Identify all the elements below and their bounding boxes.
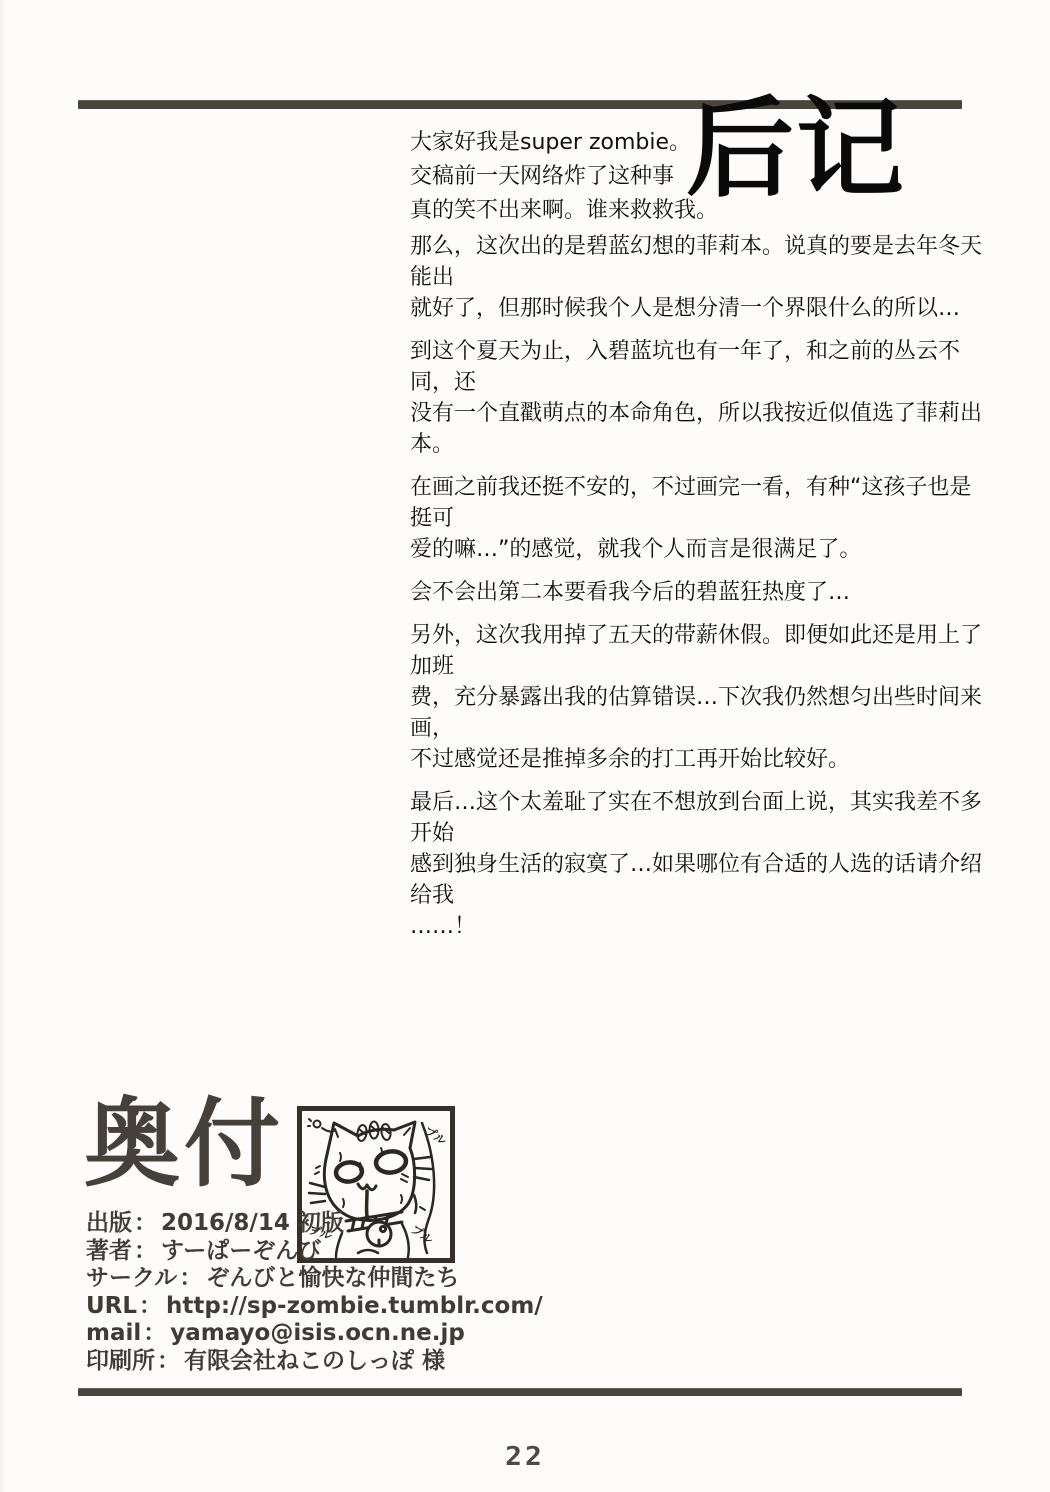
afterword-paragraph: 另外，这次我用掉了五天的带薪休假。即便如此还是用上了加班 费，充分暴露出我的估算… [410,620,982,775]
sweat-fly-icon [308,1119,334,1132]
page-number: 22 [0,1441,1050,1471]
colophon-value: 有限会社ねこのしっぽ 様 [184,1348,445,1374]
colophon-entries: 出版：2016/8/14 初版 著者：すーぱーぞんび サークル：ぞんびと愉快な仲… [86,1210,543,1375]
afterword-paragraph: 最后…这个太羞耻了实在不想放到台面上说，其实我差不多开始 感到独身生活的寂寞了…… [410,787,982,942]
afterword-body: 那么，这次出的是碧蓝幻想的菲莉本。说真的要是去年冬天能出 就好了，但那时候我个人… [410,231,982,954]
colophon-separator: ： [137,1293,166,1319]
sfx-puru: プル [421,1123,450,1149]
colophon-value: すーぱーぞんび [161,1238,321,1264]
sweat-drops [340,1148,402,1207]
colophon-separator: ： [132,1238,161,1264]
colophon-value: ぞんびと愉快な仲間たち [206,1265,459,1291]
colophon-label: URL [86,1293,137,1319]
colophon-entry-url: URL：http://sp-zombie.tumblr.com/ [86,1293,543,1321]
colophon-title: 奥付 [84,1096,284,1192]
afterword-title: 后记 [686,96,906,204]
cat-eyes [335,1150,407,1183]
colophon-entry-printer: 印刷所：有限会社ねこのしっぽ 様 [86,1348,543,1376]
colophon-entry-mail: mail：yamayo@isis.ocn.ne.jp [86,1320,543,1348]
afterword-intro: 大家好我是super zombie。 交稿前一天网络炸了这种事 真的笑不出来啊。… [410,126,718,228]
afterword-paragraph: 到这个夏天为止，入碧蓝坑也有一年了，和之前的丛云不同，还 没有一个直戳萌点的本命… [410,336,982,460]
colophon-label: 印刷所 [86,1348,155,1374]
colophon-entry-author: 著者：すーぱーぞんび [86,1238,543,1266]
colophon-entry-circle: サークル：ぞんびと愉快な仲間たち [86,1265,543,1293]
colophon-label: mail [86,1320,141,1346]
colophon-value: 2016/8/14 初版 [161,1210,344,1236]
bottom-rule [78,1388,962,1396]
colophon-separator: ： [155,1348,184,1374]
colophon-label: 著者 [86,1238,132,1264]
afterword-paragraph: 会不会出第二本要看我今后的碧蓝狂热度了… [410,577,982,608]
colophon-separator: ： [141,1320,170,1346]
colophon-value: yamayo@isis.ocn.ne.jp [170,1320,465,1346]
eye-stress-lines [401,1174,408,1182]
colophon-value: http://sp-zombie.tumblr.com/ [166,1293,543,1319]
colophon-entry-publish: 出版：2016/8/14 初版 [86,1210,543,1238]
colophon-separator: ： [177,1265,206,1291]
afterword-paragraph: 在画之前我还挺不安的，不过画完一看，有种“这孩子也是挺可 爱的嘛…”的感觉，就我… [410,472,982,565]
afterword-paragraph: 那么，这次出的是碧蓝幻想的菲莉本。说真的要是去年冬天能出 就好了，但那时候我个人… [410,231,982,324]
colophon-label: サークル [86,1265,177,1291]
manga-afterword-page: 后记 大家好我是super zombie。 交稿前一天网络炸了这种事 真的笑不出… [0,0,1050,1492]
colophon-label: 出版 [86,1210,132,1236]
colophon-separator: ： [132,1210,161,1236]
